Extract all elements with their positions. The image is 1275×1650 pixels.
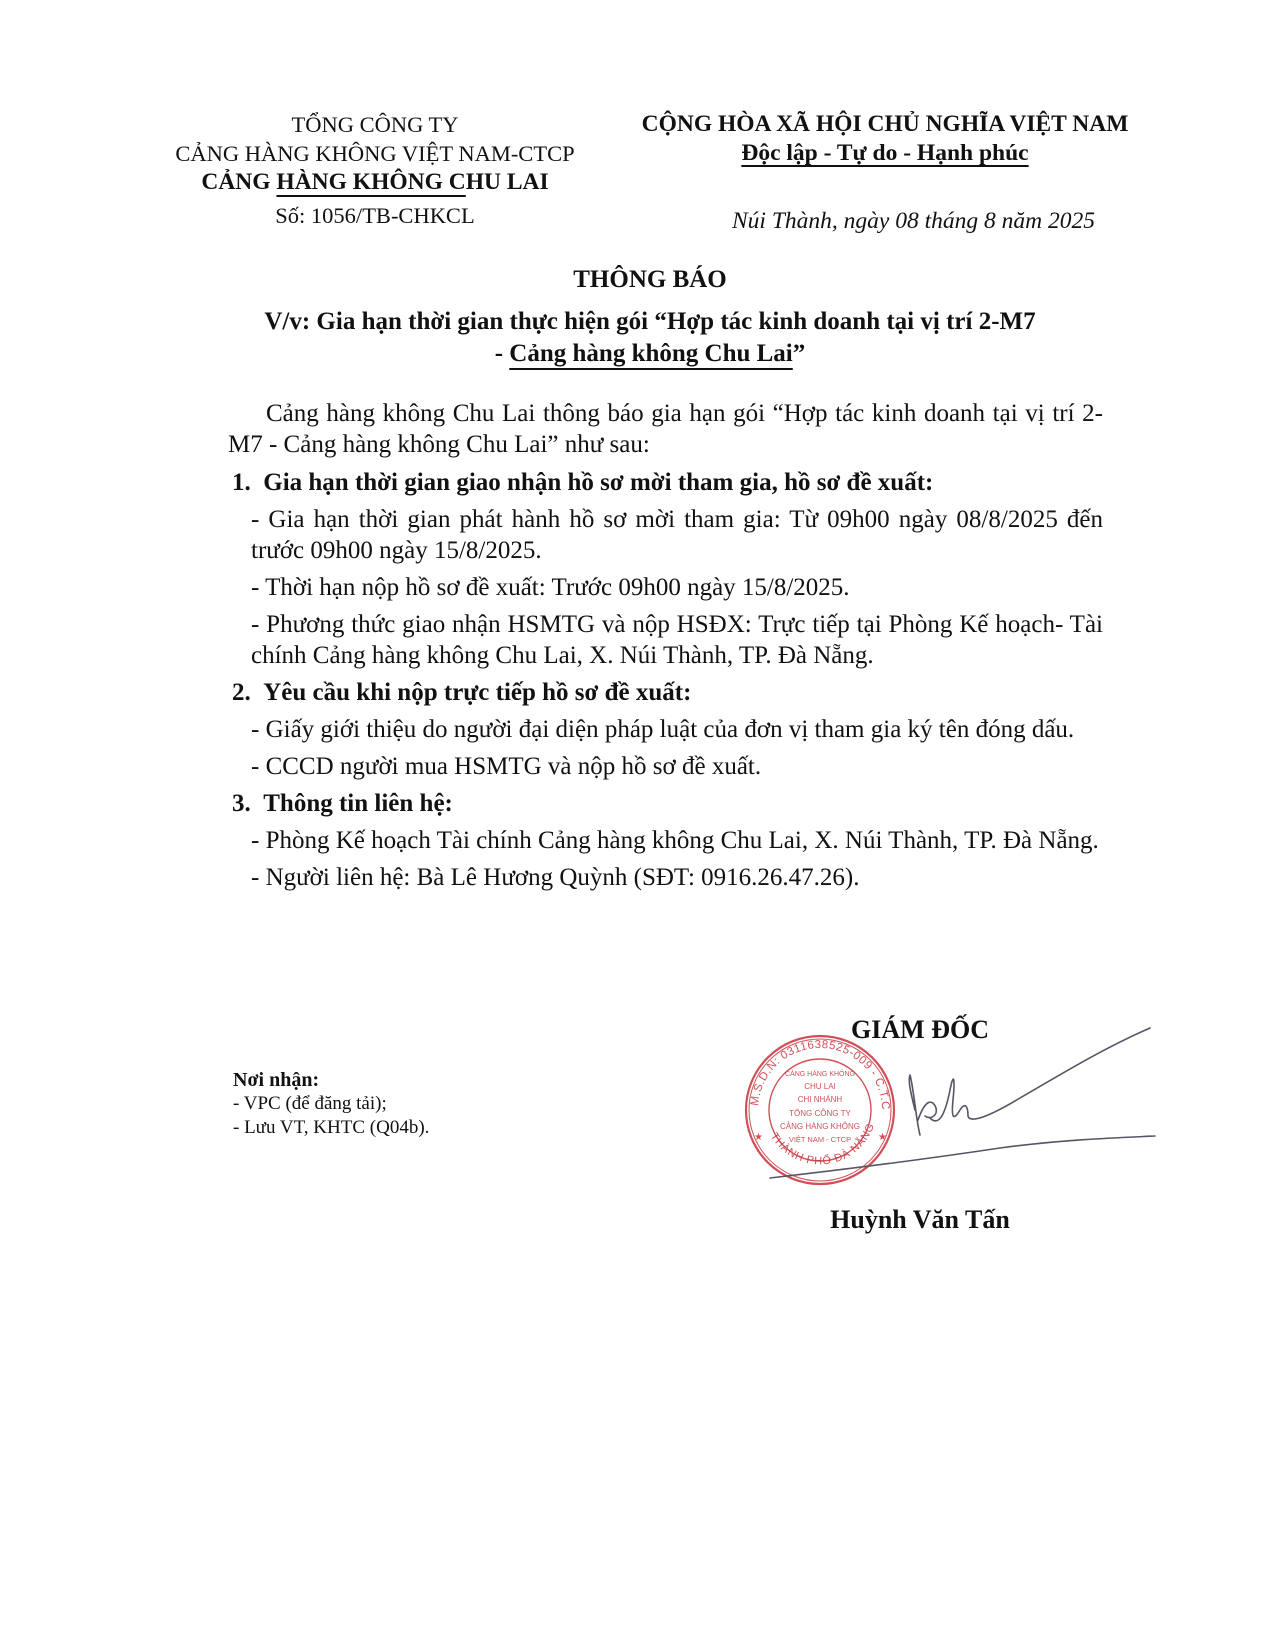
issuer-name-part: HU LAI — [466, 169, 549, 195]
section-item: - Phòng Kế hoạch Tài chính Cảng hàng khô… — [251, 825, 1103, 856]
handwritten-signature-icon — [760, 1020, 1160, 1200]
recipient-item: - VPC (để đăng tải); — [233, 1092, 533, 1116]
section-heading-text: Yêu cầu khi nộp trực tiếp hồ sơ đề xuất: — [263, 679, 691, 706]
section-2-items: - Giấy giới thiệu do người đại diện pháp… — [228, 714, 1103, 782]
issuer-name-underlined: HÀNG KHÔNG C — [276, 169, 465, 195]
issuer-name-part: CẢNG — [201, 169, 276, 195]
section-heading-text: Thông tin liên hệ: — [263, 790, 453, 817]
country-name: CỘNG HÒA XÃ HỘI CHỦ NGHĨA VIỆT NAM — [610, 110, 1160, 139]
subject-dash: - — [495, 340, 510, 367]
section-1-items: - Gia hạn thời gian phát hành hồ sơ mời … — [228, 504, 1103, 671]
signer-name: Huỳnh Văn Tấn — [770, 1205, 1070, 1235]
section-item: - Phương thức giao nhận HSMTG và nộp HSĐ… — [251, 609, 1103, 671]
subject-underlined: Cảng hàng không Chu Lai — [509, 340, 792, 367]
section-3-items: - Phòng Kế hoạch Tài chính Cảng hàng khô… — [228, 825, 1103, 893]
subject-quote: ” — [793, 340, 806, 367]
section-item: - Thời hạn nộp hồ sơ đề xuất: Trước 09h0… — [251, 572, 1103, 603]
subject-line-2: - Cảng hàng không Chu Lai” — [0, 338, 1275, 370]
document-subject: V/v: Gia hạn thời gian thực hiện gói “Hợ… — [0, 306, 1275, 370]
issuer-parent-line1: TỔNG CÔNG TY — [140, 110, 610, 139]
national-motto: Độc lập - Tự do - Hạnh phúc — [610, 139, 1160, 168]
issuer-name: CẢNG HÀNG KHÔNG CHU LAI — [140, 168, 610, 197]
section-heading-text: Gia hạn thời gian giao nhận hồ sơ mời th… — [263, 469, 933, 496]
section-3-heading: 3. Thông tin liên hệ: — [228, 788, 1103, 819]
section-2-heading: 2. Yêu cầu khi nộp trực tiếp hồ sơ đề xu… — [228, 677, 1103, 708]
recipients-label: Nơi nhận: — [233, 1068, 533, 1092]
subject-line-1: V/v: Gia hạn thời gian thực hiện gói “Hợ… — [0, 306, 1275, 338]
section-number: 1. — [232, 469, 251, 496]
document-body: Cảng hàng không Chu Lai thông báo gia hạ… — [228, 398, 1103, 899]
document-title: THÔNG BÁO — [0, 266, 1275, 294]
recipient-item: - Lưu VT, KHTC (Q04b). — [233, 1116, 533, 1140]
recipients-block: Nơi nhận: - VPC (để đăng tải); - Lưu VT,… — [233, 1068, 533, 1140]
document-number: Số: 1056/TB-CHKCL — [140, 201, 610, 230]
intro-paragraph: Cảng hàng không Chu Lai thông báo gia hạ… — [228, 398, 1103, 460]
section-item: - Người liên hệ: Bà Lê Hương Quỳnh (SĐT:… — [251, 862, 1103, 893]
issuer-parent-line2: CẢNG HÀNG KHÔNG VIỆT NAM-CTCP — [140, 139, 610, 168]
section-1-heading: 1. Gia hạn thời gian giao nhận hồ sơ mời… — [228, 467, 1103, 498]
section-number: 3. — [232, 790, 251, 817]
section-item: - Giấy giới thiệu do người đại diện pháp… — [251, 714, 1103, 745]
section-number: 2. — [232, 679, 251, 706]
national-motto-text: Độc lập - Tự do - Hạnh phúc — [741, 140, 1028, 166]
section-item: - CCCD người mua HSMTG và nộp hồ sơ đề x… — [251, 751, 1103, 782]
national-header: CỘNG HÒA XÃ HỘI CHỦ NGHĨA VIỆT NAM Độc l… — [610, 110, 1160, 168]
issuer-block: TỔNG CÔNG TY CẢNG HÀNG KHÔNG VIỆT NAM-CT… — [140, 110, 610, 230]
section-item: - Gia hạn thời gian phát hành hồ sơ mời … — [251, 504, 1103, 566]
date-line: Núi Thành, ngày 08 tháng 8 năm 2025 — [732, 207, 1152, 236]
